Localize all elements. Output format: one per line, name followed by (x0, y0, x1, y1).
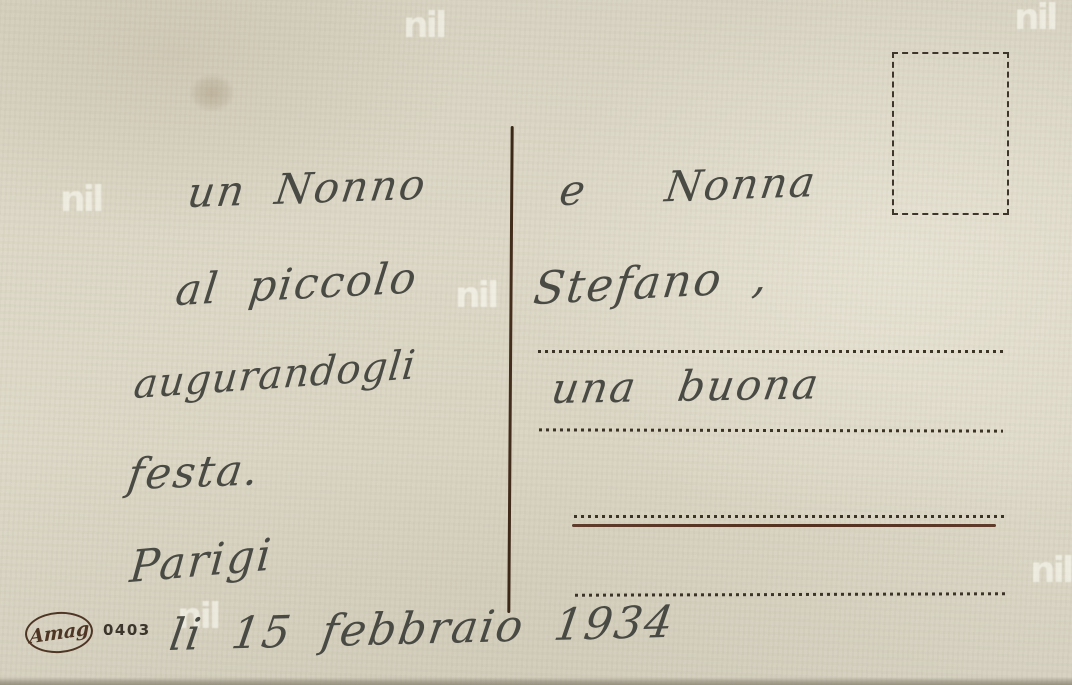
paper-stain (182, 68, 242, 118)
publisher-logo-text: Amag (29, 617, 89, 648)
address-line-1 (538, 350, 1004, 353)
address-line-3 (574, 515, 1004, 518)
nil-watermark-icon: nil (403, 8, 444, 44)
handwriting-line-left-4: festa. (124, 445, 263, 500)
serial-number: 0403 (103, 621, 151, 639)
nil-watermark-icon: nil (455, 278, 496, 314)
handwriting-line-right-1: e Nonna (557, 157, 821, 215)
postcard-back: nil nil nil nil nil nil Amag 0403 un Non… (0, 0, 1072, 685)
nil-watermark-icon: nil (60, 182, 101, 218)
address-underline (572, 524, 996, 527)
handwriting-line-right-3: una buona (548, 359, 824, 413)
nil-watermark-icon: nil (1014, 0, 1055, 36)
nil-watermark-icon: nil (1030, 553, 1071, 589)
stamp-box (892, 52, 1009, 215)
handwriting-line-left-1: un Nonno (185, 160, 431, 218)
card-bottom-edge (0, 677, 1072, 685)
